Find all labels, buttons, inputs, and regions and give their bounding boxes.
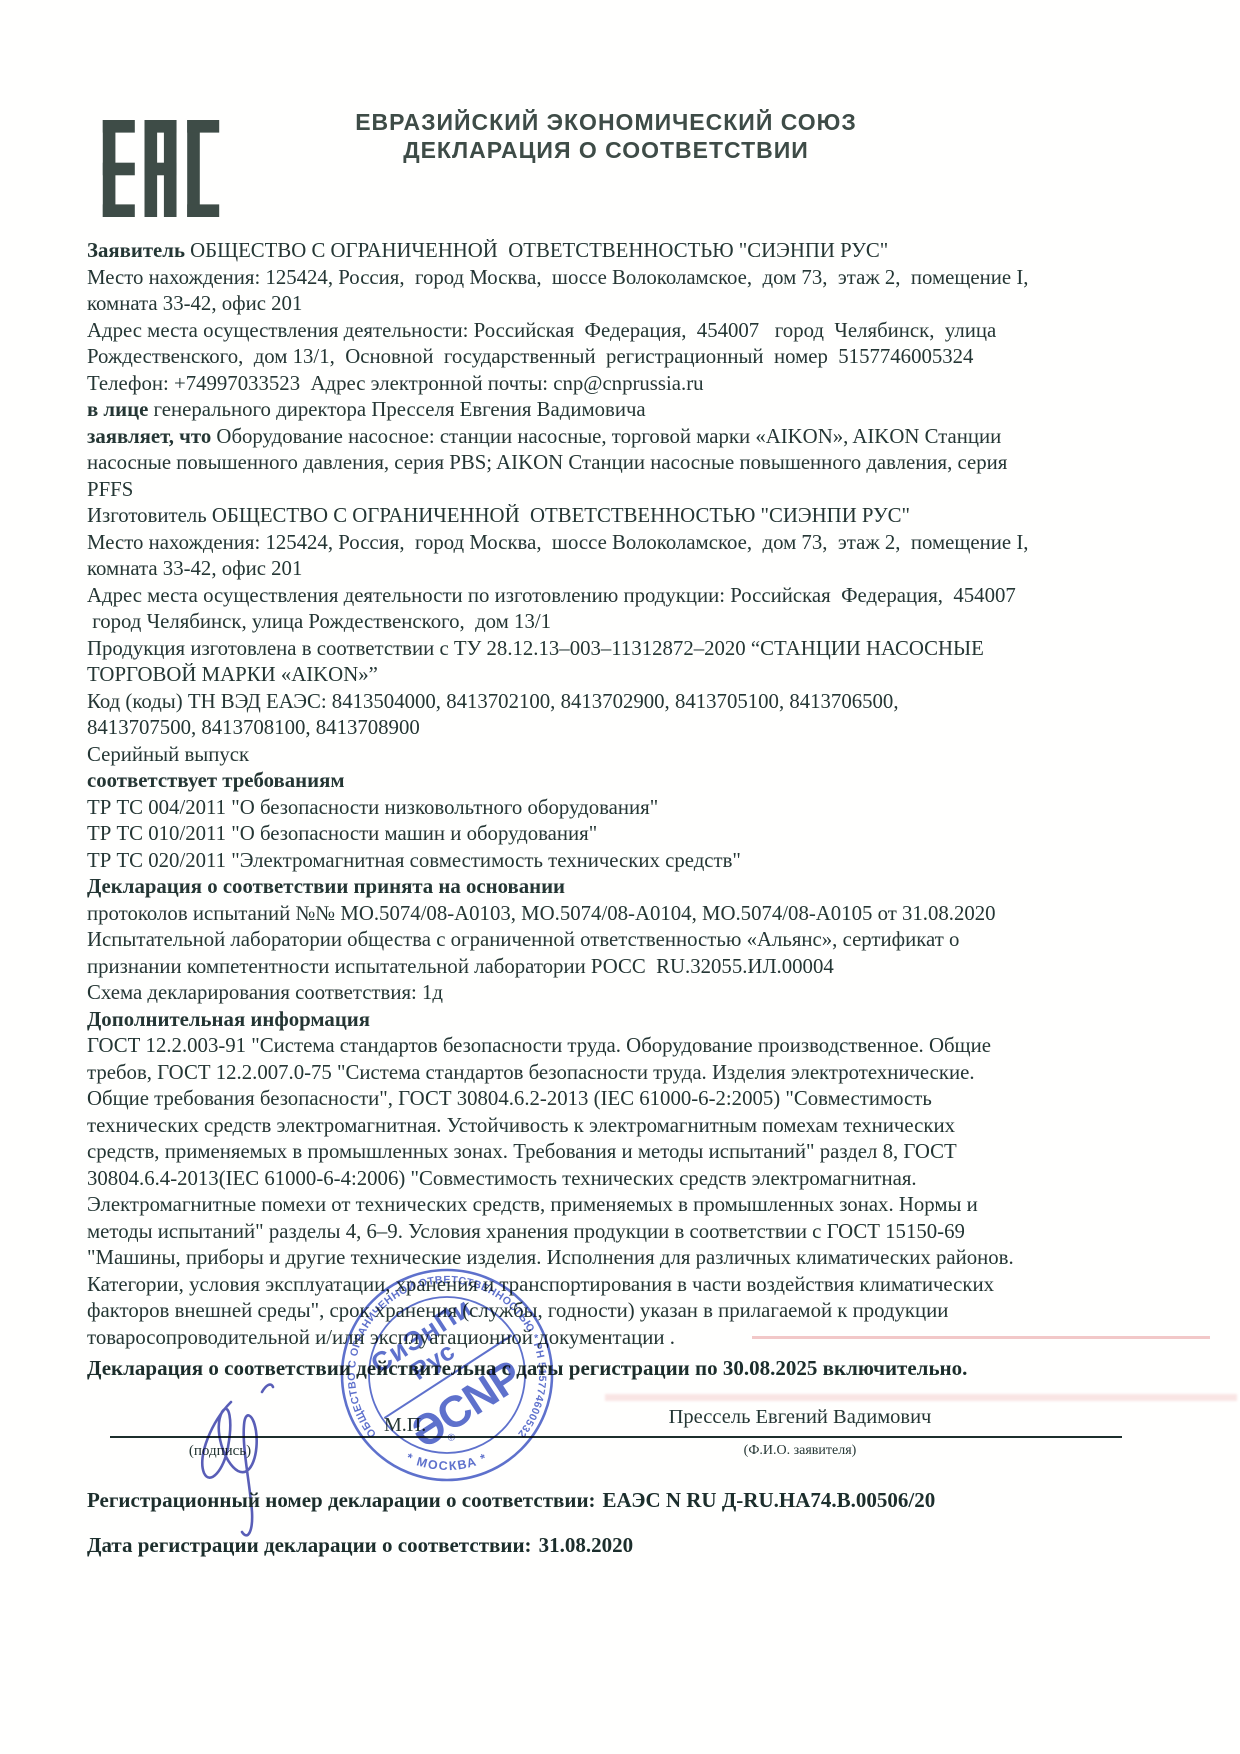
stamp-place-label: М.П.: [384, 1414, 426, 1437]
document-line: 8413707500, 8413708100, 8413708900: [87, 715, 1172, 742]
document-line: Электромагнитные помехи от технических с…: [87, 1192, 1172, 1219]
document-line: ТР ТС 004/2011 "О безопасности низковоль…: [87, 795, 1172, 822]
document-line: соответствует требованиям: [87, 768, 1172, 795]
document-line: методы испытаний" разделы 4, 6–9. Услови…: [87, 1219, 1172, 1246]
signer-name: Прессель Евгений Вадимович: [590, 1406, 1010, 1429]
document-line: Рождественского, дом 13/1, Основной госу…: [87, 344, 1172, 371]
document-line: Телефон: +74997033523 Адрес электронной …: [87, 371, 1172, 398]
document-line: ТР ТС 020/2011 "Электромагнитная совмест…: [87, 848, 1172, 875]
document-line: Изготовитель ОБЩЕСТВО С ОГРАНИЧЕННОЙ ОТВ…: [87, 503, 1172, 530]
document-line: Код (коды) ТН ВЭД ЕАЭС: 8413504000, 8413…: [87, 689, 1172, 716]
signature-line: [110, 1436, 1122, 1438]
document-line: Место нахождения: 125424, Россия, город …: [87, 530, 1172, 557]
document-header: ЕВРАЗИЙСКИЙ ЭКОНОМИЧЕСКИЙ СОЮЗ ДЕКЛАРАЦИ…: [86, 108, 1126, 164]
document-line: Схема декларирования соответствия: 1д: [87, 980, 1172, 1007]
declaration-page: ЕВРАЗИЙСКИЙ ЭКОНОМИЧЕСКИЙ СОЮЗ ДЕКЛАРАЦИ…: [0, 0, 1240, 1754]
document-line: 30804.6.4-2013(IEC 61000-6-4:2006) "Совм…: [87, 1166, 1172, 1193]
document-line: комната 33-42, офис 201: [87, 556, 1172, 583]
document-line: ТР ТС 010/2011 "О безопасности машин и о…: [87, 821, 1172, 848]
document-line: заявляет, что Оборудование насосное: ста…: [87, 424, 1172, 451]
document-line: Декларация о соответствии принята на осн…: [87, 874, 1172, 901]
document-line: Адрес места осуществления деятельности п…: [87, 583, 1172, 610]
registration-number-value: ЕАЭС N RU Д-RU.НА74.В.00506/20: [603, 1488, 936, 1512]
document-line: комната 33-42, офис 201: [87, 291, 1172, 318]
document-line: Общие требования безопасности", ГОСТ 308…: [87, 1086, 1172, 1113]
union-title: ЕВРАЗИЙСКИЙ ЭКОНОМИЧЕСКИЙ СОЮЗ: [86, 108, 1126, 136]
document-line: протоколов испытаний №№ МО.5074/08-А0103…: [87, 901, 1172, 928]
registration-date-label: Дата регистрации декларации о соответств…: [87, 1533, 532, 1557]
document-line: признании компетентности испытательной л…: [87, 954, 1172, 981]
document-line: Серийный выпуск: [87, 742, 1172, 769]
registration-date-value: 31.08.2020: [539, 1533, 634, 1557]
document-line: ТОРГОВОЙ МАРКИ «AIKON»”: [87, 662, 1172, 689]
document-type-title: ДЕКЛАРАЦИЯ О СООТВЕТСТВИИ: [86, 136, 1126, 164]
document-line: Заявитель ОБЩЕСТВО С ОГРАНИЧЕННОЙ ОТВЕТС…: [87, 238, 1172, 265]
document-line: в лице генерального директора Пресселя Е…: [87, 397, 1172, 424]
document-lines: Заявитель ОБЩЕСТВО С ОГРАНИЧЕННОЙ ОТВЕТС…: [87, 238, 1172, 1351]
document-line: насосные повышенного давления, серия PBS…: [87, 450, 1172, 477]
document-line: "Машины, приборы и другие технические из…: [87, 1245, 1172, 1272]
document-line: технических средств электромагнитная. Ус…: [87, 1113, 1172, 1140]
document-line: Место нахождения: 125424, Россия, город …: [87, 265, 1172, 292]
document-line: Испытательной лаборатории общества с огр…: [87, 927, 1172, 954]
document-line: средств, применяемых в промышленных зона…: [87, 1139, 1172, 1166]
scan-artifact-line: [605, 1394, 1237, 1401]
stamp-bottom-text: * МОСКВА *: [404, 1450, 490, 1473]
document-line: товаросопроводительной и/или эксплуатаци…: [87, 1325, 1172, 1352]
registration-date-line: Дата регистрации декларации о соответств…: [87, 1533, 633, 1558]
signature-caption: (подпись): [150, 1443, 290, 1460]
document-line: город Челябинск, улица Рождественского, …: [87, 609, 1172, 636]
signer-name-caption: (Ф.И.О. заявителя): [590, 1443, 1010, 1459]
document-line: Адрес места осуществления деятельности: …: [87, 318, 1172, 345]
document-line: Дополнительная информация: [87, 1007, 1172, 1034]
document-line: факторов внешней среды", срок хранения (…: [87, 1298, 1172, 1325]
document-line: Категории, условия эксплуатации, хранени…: [87, 1272, 1172, 1299]
document-line: PFFS: [87, 477, 1172, 504]
registration-number-label: Регистрационный номер декларации о соотв…: [87, 1488, 596, 1512]
validity-statement: Декларация о соответствии действительна …: [87, 1356, 1172, 1381]
document-line: Продукция изготовлена в соответствии с Т…: [87, 636, 1172, 663]
document-line: требов, ГОСТ 12.2.007.0-75 "Система стан…: [87, 1060, 1172, 1087]
document-line: ГОСТ 12.2.003-91 "Система стандартов без…: [87, 1033, 1172, 1060]
registration-number-line: Регистрационный номер декларации о соотв…: [87, 1488, 935, 1513]
